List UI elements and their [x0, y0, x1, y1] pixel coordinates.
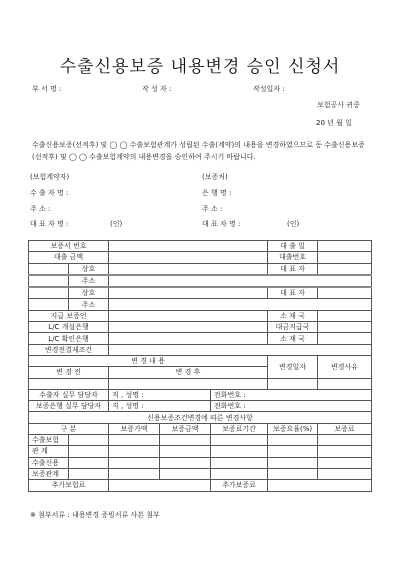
party2-rep-field[interactable] — [318, 287, 372, 299]
cell[interactable] — [69, 435, 109, 446]
party1-address-label: 주소 — [69, 275, 109, 287]
party1-blank — [29, 263, 69, 275]
party2-rep-label: 대 표 자 — [268, 287, 318, 299]
change-reason-field[interactable] — [318, 378, 372, 389]
bank-staff-phone-field[interactable]: 전화번호 : — [211, 401, 372, 412]
cell[interactable] — [268, 446, 318, 457]
after-change-header: 변 경 후 — [109, 367, 268, 378]
guarantee-no-field[interactable] — [109, 241, 268, 252]
export-credit-label-1: 수출신용 — [29, 457, 69, 468]
loan-no-field[interactable] — [318, 252, 372, 263]
lc-opening-bank-field[interactable] — [109, 322, 268, 333]
party2-name-label: 상호 — [69, 287, 109, 299]
cell[interactable] — [211, 468, 268, 479]
guarantor-country-label: 소 재 국 — [268, 310, 318, 321]
exporter-staff-name-field[interactable]: 직 , 성명 : — [109, 389, 211, 400]
change-date-header: 변경일자 — [268, 355, 318, 378]
additional-fee-field[interactable] — [268, 480, 372, 491]
party2-address-field[interactable] — [109, 299, 372, 310]
lc-confirming-bank-field[interactable] — [109, 333, 268, 344]
payment-country-field[interactable] — [318, 322, 372, 333]
party2-address-label: 주소 — [69, 299, 109, 310]
before-change-header: 변 경 전 — [29, 367, 109, 378]
payment-guarantor-label: 지급 보증인 — [29, 310, 109, 321]
cell[interactable] — [211, 457, 268, 468]
col-guarantee-value: 보증가액 — [109, 423, 160, 434]
party1-blank-2 — [29, 275, 69, 287]
cell[interactable] — [211, 446, 268, 457]
cell[interactable] — [268, 435, 318, 446]
cell[interactable] — [268, 457, 318, 468]
additional-fee-label: 추가보증료 — [211, 480, 268, 491]
date-label: 작성일자 : — [253, 84, 285, 94]
date-line: 20 년 월 일 — [316, 118, 352, 128]
cell[interactable] — [268, 468, 318, 479]
cell[interactable] — [318, 457, 372, 468]
party1-name-label: 상호 — [69, 263, 109, 275]
party2-blank-2 — [29, 299, 69, 310]
cell[interactable] — [109, 457, 160, 468]
confirming-country-label: 소 재 국 — [268, 333, 318, 344]
lc-opening-bank-label: L/C 개설은행 — [29, 322, 109, 333]
bank-staff-label: 보증은행 실무 담당자 — [29, 401, 109, 412]
settlement-terms-label: 변경전결제조건 — [29, 344, 109, 355]
party2-blank — [29, 287, 69, 299]
party1-address-field[interactable] — [109, 275, 372, 287]
cell[interactable] — [109, 446, 160, 457]
party1-rep-field[interactable] — [318, 263, 372, 275]
exporter-staff-label: 수출자 실무 담당자 — [29, 389, 109, 400]
bank-name-label: 은 행 명 : — [202, 188, 231, 198]
party1-name-field[interactable] — [109, 263, 268, 275]
dept-label: 부 서 명 : — [32, 84, 61, 94]
export-insurance-label-2: 관 계 — [29, 446, 69, 457]
bank-staff-name-field[interactable]: 직 , 성명 : — [109, 401, 211, 412]
cell[interactable] — [69, 468, 109, 479]
payment-country-label: 대금지급국 — [268, 322, 318, 333]
section-title: 신용보증조건변경에 따른 변경사항 — [29, 412, 372, 423]
col-fee-period: 보증료기간 — [211, 423, 268, 434]
right-address-label: 주 소 : — [202, 204, 222, 214]
cell[interactable] — [109, 435, 160, 446]
guarantee-no-label: 보증서 번호 — [29, 241, 109, 252]
loan-date-label: 대 출 일 — [268, 241, 318, 252]
page-title: 수출신용보증 내용변경 승인 신청서 — [0, 52, 400, 77]
left-party-heading: (보험계약자) — [30, 172, 69, 182]
change-reason-header: 변경사유 — [318, 355, 372, 378]
col-category: 구 분 — [29, 423, 109, 434]
after-change-field[interactable] — [109, 378, 268, 389]
cell[interactable] — [160, 468, 211, 479]
author-label: 작 성 자 : — [142, 84, 171, 94]
payment-guarantor-field[interactable] — [109, 310, 268, 321]
cell[interactable] — [69, 457, 109, 468]
addressee: 보험공사 귀중 — [317, 100, 360, 110]
exporter-staff-phone-field[interactable]: 전화번호 : — [211, 389, 372, 400]
before-change-field[interactable] — [29, 378, 109, 389]
cell[interactable] — [160, 457, 211, 468]
confirming-country-field[interactable] — [318, 333, 372, 344]
cell[interactable] — [160, 435, 211, 446]
right-rep-label: 대 표 자 명 : — [202, 219, 240, 229]
attachment-note: ※ 첨부서류 : 내용변경 증빙서류 사본 첨부 — [30, 510, 160, 520]
cell[interactable] — [318, 435, 372, 446]
settlement-terms-field[interactable] — [109, 344, 372, 355]
change-content-header: 변 경 내 용 — [29, 355, 268, 366]
cell[interactable] — [109, 468, 160, 479]
col-fee-rate: 보증요율(%) — [268, 423, 318, 434]
col-fee: 보증료 — [318, 423, 372, 434]
right-party-heading: (보증처) — [202, 172, 228, 182]
left-seal: (인) — [110, 219, 122, 229]
request-body-text: 수출신용보증(선적후) 및 ◯ ◯ 수출보험관계가 성립된 수출(계약)의 내용… — [32, 139, 372, 163]
export-credit-label-2: 보증관계 — [29, 468, 69, 479]
cell[interactable] — [318, 468, 372, 479]
loan-amount-field[interactable] — [109, 252, 268, 263]
col-guarantee-amount: 보증금액 — [160, 423, 211, 434]
loan-no-label: 대출번호 — [268, 252, 318, 263]
lc-confirming-bank-label: L/C 확인은행 — [29, 333, 109, 344]
party2-name-field[interactable] — [109, 287, 268, 299]
right-seal: (인) — [287, 219, 299, 229]
left-address-label: 주 소 : — [30, 204, 50, 214]
loan-date-field[interactable] — [318, 241, 372, 252]
additional-premium-label: 추가보험료 — [29, 480, 109, 491]
additional-premium-field[interactable] — [109, 480, 211, 491]
application-form-table: 보증서 번호 대 출 일 대출 금액 대출번호 상호 대 표 자 주소 상호 대… — [28, 240, 372, 492]
exporter-name-label: 수 출 자 명 : — [30, 188, 68, 198]
left-rep-label: 대 표 자 명 : — [30, 219, 68, 229]
cell[interactable] — [160, 446, 211, 457]
cell[interactable] — [69, 446, 109, 457]
party1-rep-label: 대 표 자 — [268, 263, 318, 275]
loan-amount-label: 대출 금액 — [29, 252, 109, 263]
guarantor-country-field[interactable] — [318, 310, 372, 321]
change-date-field[interactable] — [268, 378, 318, 389]
cell[interactable] — [318, 446, 372, 457]
cell[interactable] — [211, 435, 268, 446]
export-insurance-label-1: 수출보험 — [29, 435, 69, 446]
